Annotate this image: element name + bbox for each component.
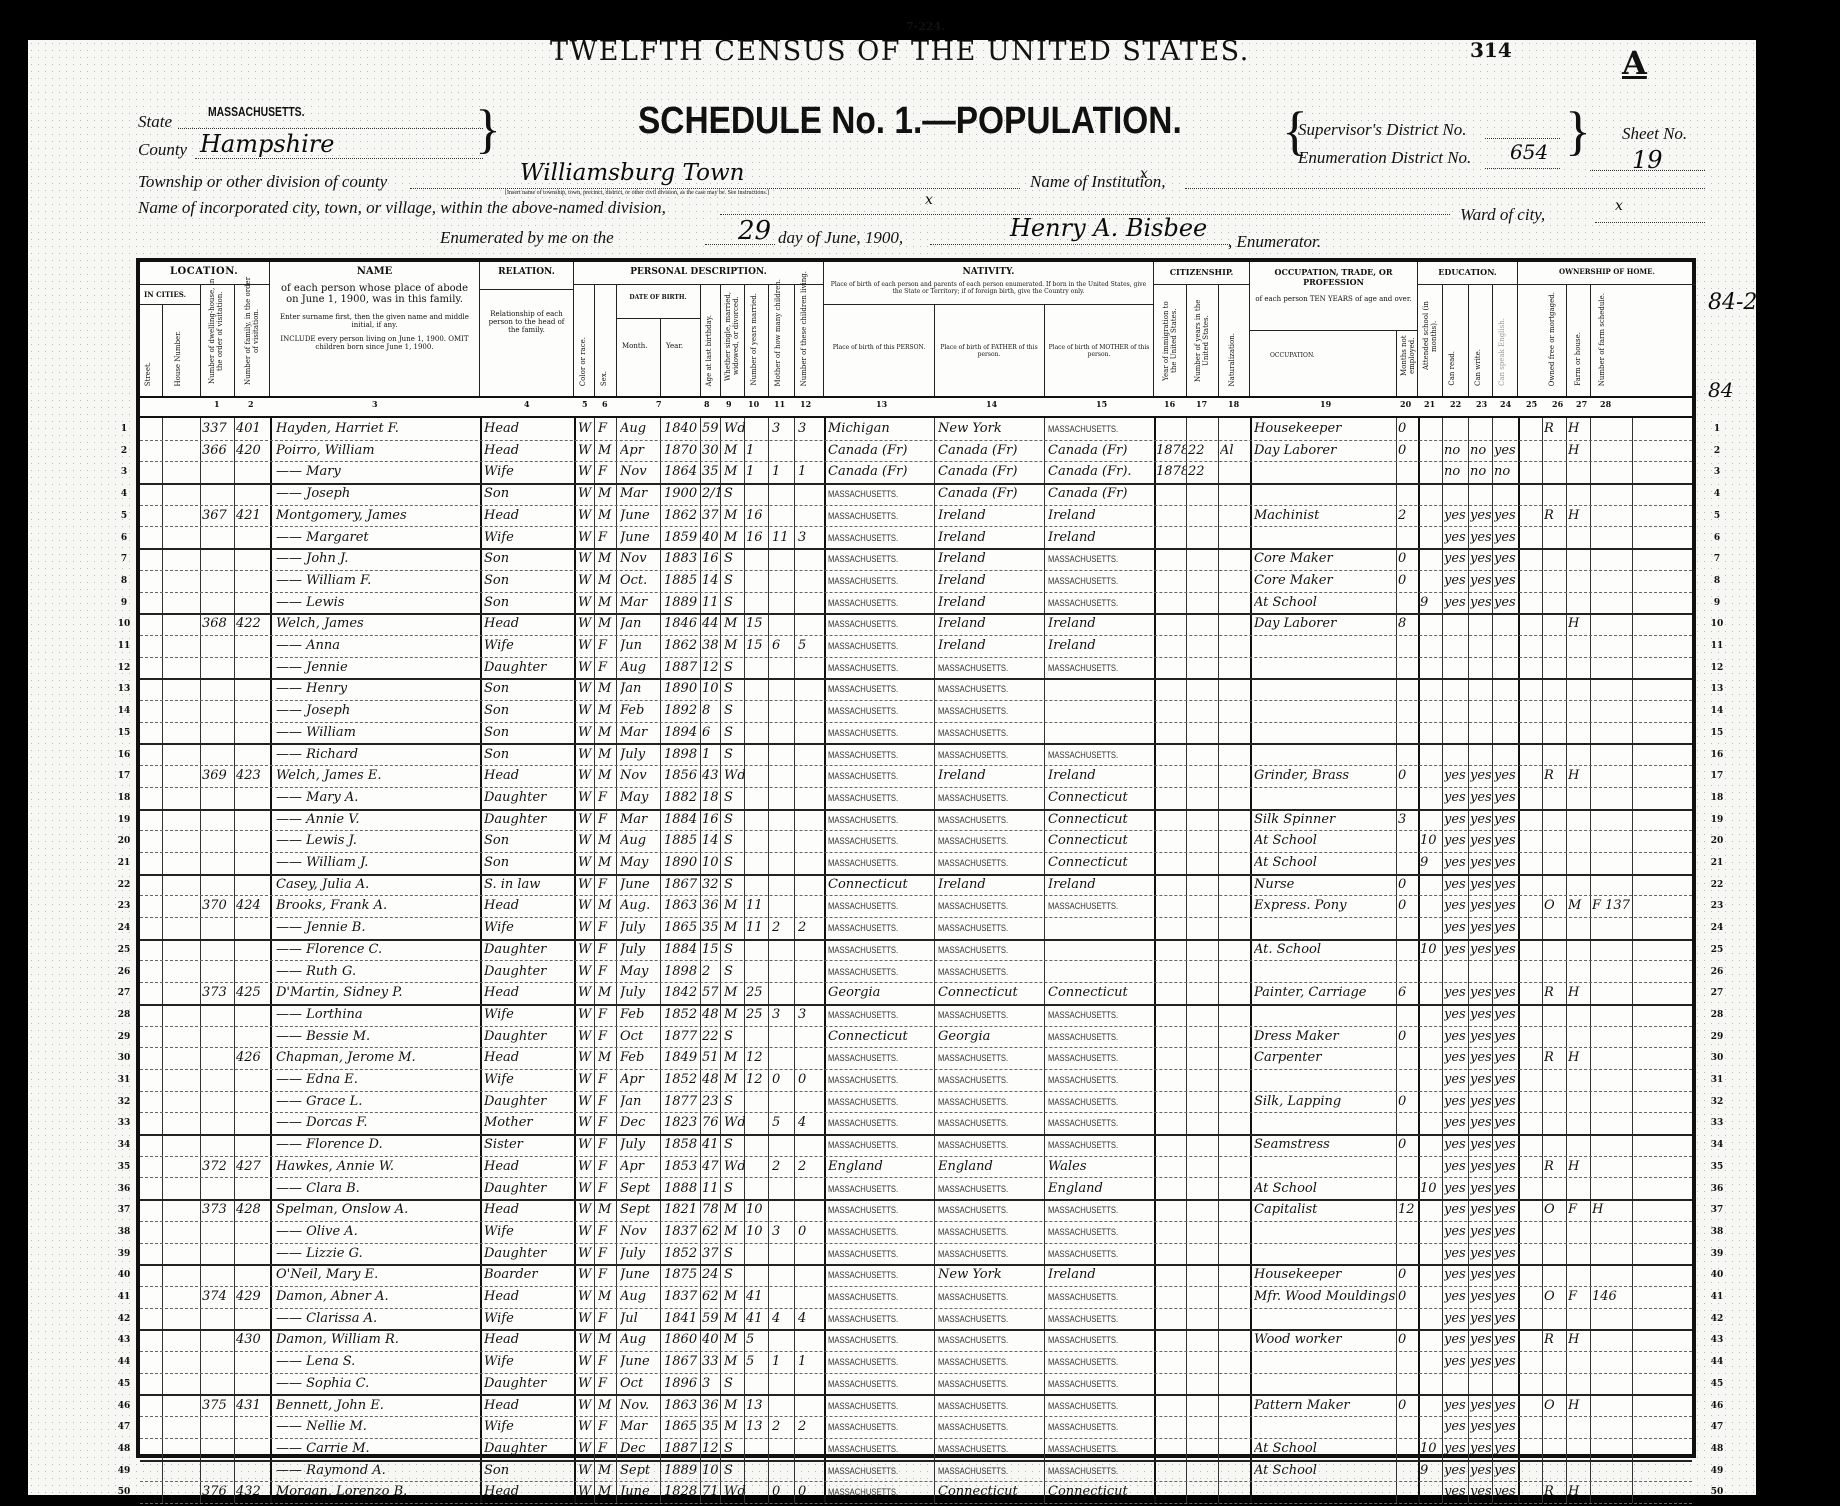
owned-rented: O <box>1544 895 1566 916</box>
line-number: 49 <box>1702 1460 1732 1482</box>
naturalization <box>1220 548 1250 569</box>
color: W <box>578 1069 596 1090</box>
person-name: —— Joseph <box>276 483 476 504</box>
occupation <box>1254 1004 1396 1025</box>
age: 11 <box>702 592 722 613</box>
can-speak-english: yes <box>1494 1178 1518 1199</box>
occupation <box>1254 787 1396 808</box>
can-read: yes <box>1444 592 1468 613</box>
birth-year: 1852 <box>664 1069 702 1090</box>
mother-of <box>772 1264 796 1285</box>
can-read: yes <box>1444 895 1468 916</box>
naturalization <box>1220 527 1250 548</box>
sex: F <box>598 1091 618 1112</box>
sex: M <box>598 982 618 1003</box>
children-living <box>798 744 822 765</box>
age: 44 <box>702 613 722 634</box>
age: 30 <box>702 440 722 461</box>
farm-or-house <box>1568 635 1590 656</box>
line-number: 43 <box>1702 1329 1732 1351</box>
birth-year: 1877 <box>664 1091 702 1112</box>
year-immigration <box>1156 635 1186 656</box>
can-write: yes <box>1470 1069 1492 1090</box>
mother-of: 3 <box>772 418 796 439</box>
farm-or-house <box>1568 570 1590 591</box>
can-read: yes <box>1444 1308 1468 1329</box>
color: W <box>578 961 596 982</box>
birthplace-father: MASSACHUSETTS. <box>938 1134 1028 1155</box>
person-name: —— Edna E. <box>276 1069 476 1090</box>
person-name: —— Margaret <box>276 527 476 548</box>
school-months <box>1420 722 1442 743</box>
birthplace-father: England <box>938 1156 1044 1177</box>
can-read: yes <box>1444 1221 1468 1242</box>
sex: M <box>598 483 618 504</box>
person-name: —— Florence D. <box>276 1134 476 1155</box>
line-number-left: 43 <box>116 1329 132 1351</box>
owned-rented: O <box>1544 1199 1566 1220</box>
farm-schedule <box>1592 1481 1632 1502</box>
sex: M <box>598 852 618 873</box>
can-read: yes <box>1444 874 1468 895</box>
line-number-left: 40 <box>116 1264 132 1286</box>
age: 48 <box>702 1004 722 1025</box>
relation: Wife <box>484 917 572 938</box>
farm-schedule <box>1592 635 1632 656</box>
person-name: —— Lewis <box>276 592 476 613</box>
year-immigration <box>1156 613 1186 634</box>
birth-month: Oct <box>620 1026 662 1047</box>
occupation: Nurse <box>1254 874 1396 895</box>
children-living <box>798 700 822 721</box>
birthplace-mother: MASSACHUSETTS. <box>1048 1395 1138 1416</box>
birthplace-father: MASSACHUSETTS. <box>938 830 1028 851</box>
dwelling-number <box>202 787 232 808</box>
table-row: —— Lizzie G.DaughterWFJuly185237SMASSACH… <box>140 1243 1692 1267</box>
family-number <box>236 1416 268 1437</box>
family-number <box>236 700 268 721</box>
relation: Son <box>484 592 572 613</box>
years-married: 1 <box>746 440 770 461</box>
age: 10 <box>702 1460 722 1481</box>
can-read: yes <box>1444 1286 1468 1307</box>
can-read: no <box>1444 440 1468 461</box>
can-read <box>1444 657 1468 678</box>
marital-status: M <box>724 1199 746 1220</box>
dwelling-number: 337 <box>202 418 232 439</box>
age: 16 <box>702 809 722 830</box>
family-number <box>236 1178 268 1199</box>
school-months <box>1420 1329 1442 1350</box>
family-number <box>236 744 268 765</box>
marital-status: Wd <box>724 1112 746 1133</box>
can-speak-english: yes <box>1494 830 1518 851</box>
school-months: 9 <box>1420 852 1442 873</box>
family-number: 401 <box>236 418 268 439</box>
months-not-employed <box>1398 1460 1418 1481</box>
birthplace-father: Ireland <box>938 592 1044 613</box>
birthplace-mother <box>1048 678 1154 699</box>
can-speak-english <box>1494 613 1518 634</box>
years-married <box>746 1460 770 1481</box>
school-months <box>1420 1481 1442 1502</box>
marital-status: M <box>724 917 746 938</box>
birth-year: 1863 <box>664 1395 702 1416</box>
sex: M <box>598 1329 618 1350</box>
relation: Wife <box>484 1308 572 1329</box>
year-immigration <box>1156 1416 1186 1437</box>
birthplace-person: MASSACHUSETTS. <box>828 852 918 873</box>
line-number: 20 <box>1702 830 1732 852</box>
year-immigration <box>1156 1308 1186 1329</box>
children-living <box>798 1091 822 1112</box>
age: 37 <box>702 505 722 526</box>
sex: M <box>598 895 618 916</box>
birth-year: 1875 <box>664 1264 702 1285</box>
birthplace-person: MASSACHUSETTS. <box>828 548 918 569</box>
line-number: 2 <box>1702 440 1732 462</box>
birth-month: Mar <box>620 592 662 613</box>
dwelling-number <box>202 1047 232 1068</box>
years-in-us <box>1188 657 1218 678</box>
can-speak-english: yes <box>1494 505 1518 526</box>
birthplace-father: MASSACHUSETTS. <box>938 1069 1028 1090</box>
birth-month: Apr <box>620 440 662 461</box>
year-immigration <box>1156 917 1186 938</box>
birthplace-father: MASSACHUSETTS. <box>938 1351 1028 1372</box>
naturalization <box>1220 765 1250 786</box>
can-speak-english <box>1494 635 1518 656</box>
birth-year: 1890 <box>664 678 702 699</box>
owned-rented <box>1544 1069 1566 1090</box>
relation: Daughter <box>484 1373 572 1394</box>
birth-year: 1882 <box>664 787 702 808</box>
sex: F <box>598 418 618 439</box>
family-number: 421 <box>236 505 268 526</box>
color: W <box>578 1481 596 1502</box>
birthplace-mother: MASSACHUSETTS. <box>1048 1329 1138 1350</box>
sex: F <box>598 961 618 982</box>
birthplace-person: Georgia <box>828 982 934 1003</box>
birthplace-mother: MASSACHUSETTS. <box>1048 1308 1138 1329</box>
dwelling-number: 373 <box>202 982 232 1003</box>
table-row: 337401Hayden, Harriet F.HeadWFAug184059W… <box>140 418 1692 441</box>
dwelling-number <box>202 809 232 830</box>
birthplace-person: MASSACHUSETTS. <box>828 527 918 548</box>
mother-of <box>772 1373 796 1394</box>
relation: Wife <box>484 461 572 482</box>
line-number-left: 31 <box>116 1069 132 1091</box>
mother-of: 11 <box>772 527 796 548</box>
years-in-us <box>1188 744 1218 765</box>
year-immigration <box>1156 1004 1186 1025</box>
relation: Son <box>484 570 572 591</box>
months-not-employed <box>1398 961 1418 982</box>
line-number: 22 <box>1702 874 1732 896</box>
years-in-us <box>1188 1199 1218 1220</box>
can-read: yes <box>1444 1069 1468 1090</box>
owned-rented <box>1544 1438 1566 1459</box>
owned-rented: R <box>1544 418 1566 439</box>
family-number <box>236 1264 268 1285</box>
farm-schedule <box>1592 1134 1632 1155</box>
years-married <box>746 1178 770 1199</box>
occupation: Silk, Lapping <box>1254 1091 1396 1112</box>
can-write: yes <box>1470 1460 1492 1481</box>
school-months: 10 <box>1420 1438 1442 1459</box>
age: 36 <box>702 1395 722 1416</box>
can-write: yes <box>1470 874 1492 895</box>
months-not-employed: 0 <box>1398 1264 1418 1285</box>
children-living <box>798 722 822 743</box>
naturalization <box>1220 830 1250 851</box>
birthplace-mother: MASSACHUSETTS. <box>1048 1112 1138 1133</box>
birth-month: Jan <box>620 678 662 699</box>
occupation <box>1254 961 1396 982</box>
birth-month: June <box>620 1351 662 1372</box>
birth-year: 1858 <box>664 1134 702 1155</box>
farm-schedule <box>1592 874 1632 895</box>
farm-schedule <box>1592 1264 1632 1285</box>
can-write: yes <box>1470 1395 1492 1416</box>
table-row: —— LorthinaWifeWFFeb185248M2533MASSACHUS… <box>140 1004 1692 1027</box>
months-not-employed <box>1398 939 1418 960</box>
birthplace-father: MASSACHUSETTS. <box>938 744 1028 765</box>
birthplace-person: Canada (Fr) <box>828 461 934 482</box>
children-living <box>798 1438 822 1459</box>
marital-status: S <box>724 1134 746 1155</box>
family-number <box>236 1112 268 1133</box>
years-in-us <box>1188 592 1218 613</box>
years-in-us <box>1188 570 1218 591</box>
township-value: Williamsburg Town <box>520 160 744 186</box>
birthplace-father: MASSACHUSETTS. <box>938 809 1028 830</box>
years-in-us <box>1188 1308 1218 1329</box>
children-living <box>798 505 822 526</box>
relation: Head <box>484 1047 572 1068</box>
years-in-us <box>1188 982 1218 1003</box>
color: W <box>578 787 596 808</box>
farm-or-house <box>1568 592 1590 613</box>
can-write <box>1470 700 1492 721</box>
dwelling-number <box>202 657 232 678</box>
relation: Head <box>484 1329 572 1350</box>
birth-month: July <box>620 1134 662 1155</box>
relation: Daughter <box>484 1178 572 1199</box>
column-numbers: 1 2 3 4 5 6 7 8 9 10 11 12 13 14 15 16 1… <box>140 396 1692 418</box>
birth-month: Feb <box>620 1004 662 1025</box>
color: W <box>578 1156 596 1177</box>
person-name: —— Jennie <box>276 657 476 678</box>
sex: F <box>598 1373 618 1394</box>
color: W <box>578 1416 596 1437</box>
mother-of: 1 <box>772 461 796 482</box>
children-living: 0 <box>798 1221 822 1242</box>
line-number-left: 27 <box>116 982 132 1004</box>
person-name: —— Nellie M. <box>276 1416 476 1437</box>
can-read: yes <box>1444 917 1468 938</box>
table-row: —— Annie V.DaughterWFMar188416SMASSACHUS… <box>140 809 1692 832</box>
children-living <box>798 440 822 461</box>
children-living <box>798 1286 822 1307</box>
occupation <box>1254 1481 1396 1502</box>
birth-year: 1821 <box>664 1199 702 1220</box>
mother-of <box>772 1460 796 1481</box>
can-write: yes <box>1470 1091 1492 1112</box>
owned-rented <box>1544 461 1566 482</box>
birthplace-person: MASSACHUSETTS. <box>828 1308 918 1329</box>
sex: F <box>598 1351 618 1372</box>
birth-year: 1865 <box>664 1416 702 1437</box>
can-write: yes <box>1470 895 1492 916</box>
mother-of <box>772 939 796 960</box>
children-living <box>798 1460 822 1481</box>
census-title: TWELFTH CENSUS OF THE UNITED STATES. <box>550 36 1250 67</box>
marital-status: S <box>724 1264 746 1285</box>
birthplace-father: MASSACHUSETTS. <box>938 1178 1028 1199</box>
birthplace-person: MASSACHUSETTS. <box>828 809 918 830</box>
birth-year: 1837 <box>664 1221 702 1242</box>
year-immigration <box>1156 1481 1186 1502</box>
marital-status: S <box>724 1243 746 1264</box>
line-number-left: 10 <box>116 613 132 635</box>
naturalization <box>1220 1308 1250 1329</box>
marital-status: M <box>724 505 746 526</box>
line-number: 18 <box>1702 787 1732 809</box>
occupation <box>1254 657 1396 678</box>
year-immigration <box>1156 1069 1186 1090</box>
birthplace-mother: Ireland <box>1048 765 1154 786</box>
can-write: yes <box>1470 1112 1492 1133</box>
birthplace-person: MASSACHUSETTS. <box>828 917 918 938</box>
person-name: —— Jennie B. <box>276 917 476 938</box>
owned-rented <box>1544 874 1566 895</box>
person-name: —— Carrie M. <box>276 1438 476 1459</box>
months-not-employed: 0 <box>1398 440 1418 461</box>
children-living <box>798 874 822 895</box>
line-number-left: 47 <box>116 1416 132 1438</box>
birthplace-person: MASSACHUSETTS. <box>828 570 918 591</box>
person-name: —— Lizzie G. <box>276 1243 476 1264</box>
family-number <box>236 1091 268 1112</box>
months-not-employed: 0 <box>1398 548 1418 569</box>
birthplace-father: Connecticut <box>938 982 1044 1003</box>
can-read: yes <box>1444 1329 1468 1350</box>
mother-of <box>772 592 796 613</box>
farm-schedule <box>1592 917 1632 938</box>
years-married: 11 <box>746 917 770 938</box>
birth-year: 1862 <box>664 505 702 526</box>
birthplace-father: MASSACHUSETTS. <box>938 657 1028 678</box>
population-table: LOCATION. IN CITIES. Street. House Numbe… <box>136 258 1696 1458</box>
birthplace-person: Canada (Fr) <box>828 440 934 461</box>
marital-status: M <box>724 527 746 548</box>
sex: F <box>598 1308 618 1329</box>
line-number: 39 <box>1702 1243 1732 1265</box>
birth-year: 1862 <box>664 635 702 656</box>
can-read: yes <box>1444 1416 1468 1437</box>
year-immigration <box>1156 765 1186 786</box>
marital-status: M <box>724 895 746 916</box>
person-name: —— Richard <box>276 744 476 765</box>
person-name: Welch, James E. <box>276 765 476 786</box>
farm-schedule <box>1592 483 1632 504</box>
naturalization <box>1220 461 1250 482</box>
relation: Daughter <box>484 1243 572 1264</box>
family-number <box>236 592 268 613</box>
birth-month: July <box>620 982 662 1003</box>
birthplace-mother: MASSACHUSETTS. <box>1048 1069 1138 1090</box>
birth-month: Mar <box>620 722 662 743</box>
farm-or-house <box>1568 1112 1590 1133</box>
birthplace-father: MASSACHUSETTS. <box>938 1438 1028 1459</box>
age: 59 <box>702 1308 722 1329</box>
year-immigration <box>1156 830 1186 851</box>
year-immigration <box>1156 570 1186 591</box>
farm-or-house: F <box>1568 1286 1590 1307</box>
line-number-left: 4 <box>116 483 132 505</box>
years-in-us <box>1188 1112 1218 1133</box>
school-months <box>1420 418 1442 439</box>
mother-of <box>772 874 796 895</box>
years-married <box>746 570 770 591</box>
can-write: yes <box>1470 765 1492 786</box>
line-number: 6 <box>1702 527 1732 549</box>
color: W <box>578 722 596 743</box>
farm-or-house <box>1568 939 1590 960</box>
mother-of <box>772 787 796 808</box>
birthplace-father: Ireland <box>938 613 1044 634</box>
township-label: Township or other division of county <box>138 172 387 192</box>
years-married <box>746 765 770 786</box>
birth-month: Dec <box>620 1438 662 1459</box>
family-number <box>236 678 268 699</box>
children-living: 2 <box>798 1156 822 1177</box>
years-in-us <box>1188 765 1218 786</box>
occupation: At School <box>1254 1438 1396 1459</box>
occupation <box>1254 1351 1396 1372</box>
months-not-employed: 0 <box>1398 1134 1418 1155</box>
school-months <box>1420 1026 1442 1047</box>
sex: M <box>598 700 618 721</box>
person-name: —— Lena S. <box>276 1351 476 1372</box>
birth-year: 1888 <box>664 1178 702 1199</box>
table-row: —— Mary A.DaughterWFMay188218SMASSACHUSE… <box>140 787 1692 811</box>
occupation <box>1254 1156 1396 1177</box>
can-write: yes <box>1470 1286 1492 1307</box>
owned-rented: R <box>1544 1481 1566 1502</box>
can-speak-english: yes <box>1494 1026 1518 1047</box>
years-in-us <box>1188 527 1218 548</box>
marital-status: S <box>724 592 746 613</box>
school-months <box>1420 1416 1442 1437</box>
months-not-employed: 0 <box>1398 874 1418 895</box>
person-name: Hawkes, Annie W. <box>276 1156 476 1177</box>
farm-schedule <box>1592 678 1632 699</box>
years-married <box>746 830 770 851</box>
person-name: —— Ruth G. <box>276 961 476 982</box>
farm-or-house <box>1568 874 1590 895</box>
birth-month: Sept <box>620 1199 662 1220</box>
school-months <box>1420 1156 1442 1177</box>
mother-of <box>772 1395 796 1416</box>
dwelling-number: 369 <box>202 765 232 786</box>
person-name: —— Olive A. <box>276 1221 476 1242</box>
farm-or-house: H <box>1568 1329 1590 1350</box>
year-immigration <box>1156 874 1186 895</box>
birthplace-person: MASSACHUSETTS. <box>828 1264 918 1285</box>
birthplace-mother: MASSACHUSETTS. <box>1048 1199 1138 1220</box>
